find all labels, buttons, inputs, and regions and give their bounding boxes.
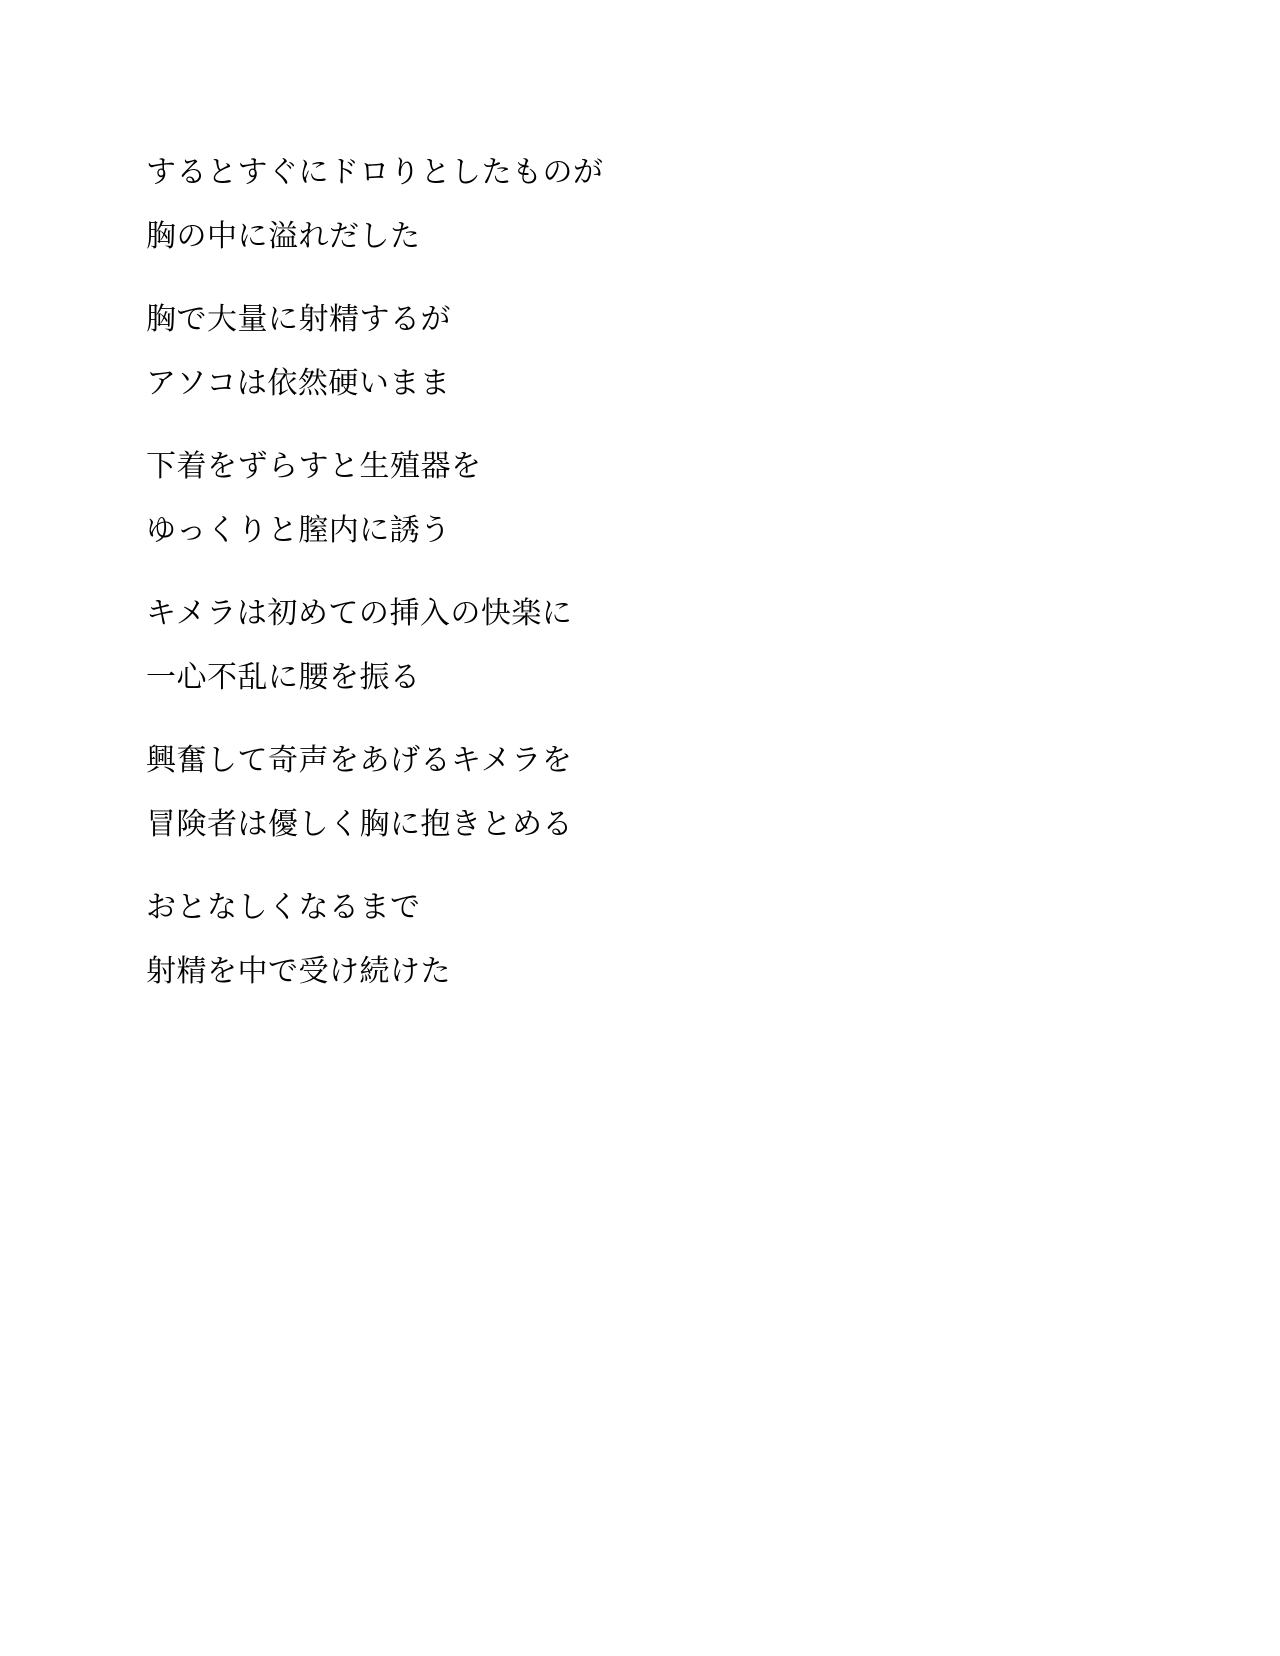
stanza: キメラは初めての挿入の快楽に 一心不乱に腰を振る	[146, 599, 1200, 693]
text-line: 胸の中に溢れだした	[146, 222, 1200, 252]
text-line: 射精を中で受け続けた	[146, 957, 1200, 987]
stanza: 胸で大量に射精するが アソコは依然硬いまま	[146, 305, 1200, 399]
text-line: アソコは依然硬いまま	[146, 369, 1200, 399]
stanza: するとすぐにドロりとしたものが 胸の中に溢れだした	[146, 158, 1200, 252]
document-page: するとすぐにドロりとしたものが 胸の中に溢れだした 胸で大量に射精するが アソコ…	[0, 0, 1280, 1656]
text-line: 冒険者は優しく胸に抱きとめる	[146, 810, 1200, 840]
text-line: するとすぐにドロりとしたものが	[146, 158, 1200, 188]
stanza: 興奮して奇声をあげるキメラを 冒険者は優しく胸に抱きとめる	[146, 746, 1200, 840]
stanza: おとなしくなるまで 射精を中で受け続けた	[146, 893, 1200, 987]
text-line: おとなしくなるまで	[146, 893, 1200, 923]
text-line: キメラは初めての挿入の快楽に	[146, 599, 1200, 629]
stanza: 下着をずらすと生殖器を ゆっくりと膣内に誘う	[146, 452, 1200, 546]
text-line: 一心不乱に腰を振る	[146, 663, 1200, 693]
text-line: 下着をずらすと生殖器を	[146, 452, 1200, 482]
text-line: 興奮して奇声をあげるキメラを	[146, 746, 1200, 776]
text-line: ゆっくりと膣内に誘う	[146, 516, 1200, 546]
text-line: 胸で大量に射精するが	[146, 305, 1200, 335]
